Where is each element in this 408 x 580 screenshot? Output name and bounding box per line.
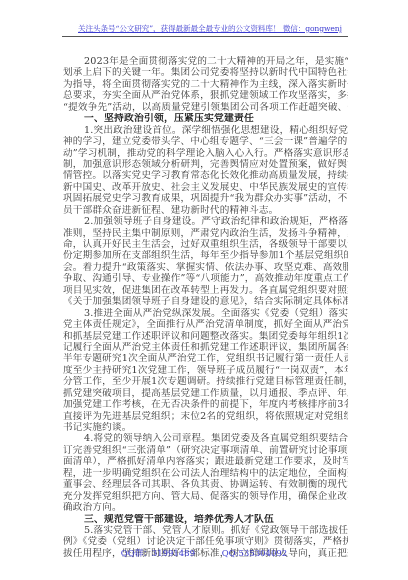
page-footer: QQ群：31991489 QQ:535304092: [0, 547, 408, 559]
footer-qq-group: QQ群：31991489: [121, 547, 195, 559]
text-line: 5.落实党管干部、党管人才原则。抓好《党政领导干部选拔任用工作条: [63, 525, 348, 536]
text-line: 抓党建突破项目，提高基层党建工作质量，以月通报、季点评、年总评的抓手，: [63, 388, 348, 399]
text-line: 2023年是全面贯彻落实党的二十大精神的开局之年，是实施“十四五”规: [63, 56, 348, 67]
text-line: 《关于加强集团领导班子自身建设的意见》，结合实际制定具体标准。: [63, 296, 348, 307]
document-body: 2023年是全面贯彻落实党的二十大精神的开局之年，是实施“十四五”规划承上启下的…: [63, 56, 348, 559]
text-line: 董事会、经理层各司其职、各负其责、协调运转、有效制衡的现代治理机制，: [63, 479, 348, 490]
text-line: 记履行全面从严治党主体责任和抓党建工作述职评议，集团所属各级党组织每: [63, 342, 348, 353]
section-heading: 三、规范党管干部建设，培养优秀人才队伍: [63, 514, 348, 525]
text-line: 份定期参加所在支部组织生活，每年至少指导参加1个基层党组织的组织生活: [63, 250, 348, 261]
text-line: 订完善党组织“三张清单”（研究决定事项清单、前置研究讨论事项清单和负: [63, 445, 348, 456]
text-line: 员干部群众奋进新征程、建功新时代的精神斗志。: [63, 205, 348, 216]
text-line: 准则，坚持民主集中制原则，严肃党内政治生活，发扬斗争精神，勇于自我革: [63, 228, 348, 239]
text-line: 分管工作，至少开展1次专题调研。持续推行党建目标管理责任制，深化书记: [63, 376, 348, 387]
text-line: 确政治方向。: [63, 502, 348, 513]
text-line: 为指导，将全面贯彻落实党的二十大精神作为主线，深入落实新时代党的建设: [63, 79, 348, 90]
text-line: 1.突出政治建设首位。深学细悟强化思想建设，精心组织好党的二十大精: [63, 125, 348, 136]
text-line: 3.推进全面从严治党纵深发展。全面落实《党委（党组）落实全面从严治: [63, 308, 348, 319]
text-line: 和抓基层党建工作述职评议和问题整改落实。集团党委每年组织1次党组织书: [63, 331, 348, 342]
text-line: 神的学习，建立党委带头学、中心组专题学、“三会一课”普遍学的“三级联: [63, 136, 348, 147]
text-line: 书记实施约谈。: [63, 422, 348, 433]
text-line: 命，认真开好民主生活会，过好双重组织生活，各级领导干部要以普通党员身: [63, 239, 348, 250]
text-line: 动”学习机制，推动党的科学理论入脑入心入行。严格落实意识形态工作责任: [63, 148, 348, 159]
text-line: 划承上启下的关键一年。集团公司党委将坚持以新时代中国特色社会主义思想: [63, 67, 348, 78]
text-line: 项目见实效，促进集团在改革转型上再发力。各直属党组织要对照集团党委: [63, 285, 348, 296]
text-line: 争取、沟通引导、专业操作”等“八项能力”，高效推动年度重点工作和重点: [63, 273, 348, 284]
text-line: 半年专题研究1次全面从严治党工作，党组织书记履行第一责任人责任，每季: [63, 353, 348, 364]
text-line: 制，加强意识形态领域分析研判，完善舆情应对处置预案，做好舆论引导和舆: [63, 159, 348, 170]
text-line: 面清单），严格抓好清单内容落实；跟进最新党建工作要求，及时写入公司章: [63, 456, 348, 467]
header-promo-link[interactable]: 关注头条号“公文研究”，获得最新最全最专业的公文资料库！ 微信：gongwenj: [78, 23, 342, 34]
section-heading: 一、坚持政治引领，压紧压实党建责任: [63, 113, 348, 124]
text-line: 会。着力提升“政策落实、掌握实情、依法办事、攻坚克难、高效服务、对上: [63, 262, 348, 273]
text-line: 新中国史、改革开放史、社会主义发展史、中华民族发展史的宣传教育，继续: [63, 182, 348, 193]
text-line: 巩固拓展党史学习教育成果，巩固提升“我为群众办实事”活动，不断增强党: [63, 193, 348, 204]
text-line: “提效争先”活动，以高质量党建引领集团公司各项工作赶超突破、争先进位。: [63, 102, 348, 113]
text-line: 2.加强领导班子自身建设。严守政治纪律和政治规矩，严格落实廉洁自律: [63, 216, 348, 227]
page-header: 关注头条号“公文研究”，获得最新最全最专业的公文资料库！ 微信：gongwenj: [62, 23, 348, 37]
text-line: 加强党建工作考核，在无否决条件的前提下，年度内考核排序前3名的党组织: [63, 399, 348, 410]
text-line: 充分发挥党组织把方向、管大局、促落实的领导作用，确保企业改革发展的正: [63, 491, 348, 502]
text-line: 度至少主持研究1次党建工作，领导班子成员履行“一岗双责”，本年度结合: [63, 365, 348, 376]
text-line: 总要求，夯实全面从严治党体系，狠抓党建领域工作攻坚落实，多措并举开展: [63, 90, 348, 101]
text-line: 直接评为先进基层党组织；末位2名的党组织，将依照规定对党组织书记、副: [63, 411, 348, 422]
footer-qq: QQ:535304092: [222, 549, 287, 559]
text-line: 4.将党的领导纳入公司章程。集团党委及各直属党组织要结合实际细化修: [63, 433, 348, 444]
text-line: 程，进一步明确党组织在公司法人治理结构中的法定地位，全面构建党委会、: [63, 468, 348, 479]
text-line: 情管控。以落实党史学习教育常态化长效化推动高质量发展，持续抓好党史、: [63, 170, 348, 181]
text-line: 党主体责任规定》，全面推行从严治党清单制度，抓好全面从严治党述职述廉: [63, 319, 348, 330]
